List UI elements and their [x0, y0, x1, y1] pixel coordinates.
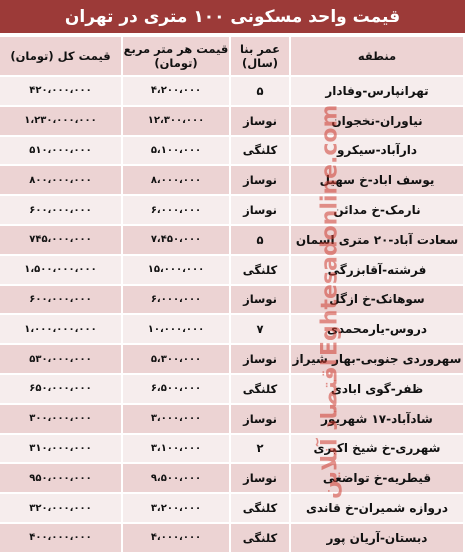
cell-total-price: ۷۴۵،۰۰۰،۰۰۰	[0, 225, 122, 255]
cell-price-per-meter: ۱۵،۰۰۰،۰۰۰	[122, 255, 230, 285]
cell-age: ۷	[230, 314, 290, 344]
cell-age: نوساز	[230, 195, 290, 225]
table-row: سعادت آباد-۲۰ متری اسمان۵۷،۴۵۰،۰۰۰۷۴۵،۰۰…	[0, 225, 464, 255]
cell-total-price: ۶۵۰،۰۰۰،۰۰۰	[0, 374, 122, 404]
cell-age: کلنگی	[230, 493, 290, 523]
cell-age: ۵	[230, 76, 290, 106]
cell-region: شهرری-خ شیخ اکبری	[290, 434, 464, 464]
table-row: دروس-یارمحمدی۷۱۰،۰۰۰،۰۰۰۱،۰۰۰،۰۰۰،۰۰۰	[0, 314, 464, 344]
cell-total-price: ۳۱۰،۰۰۰،۰۰۰	[0, 434, 122, 464]
cell-age: نوساز	[230, 404, 290, 434]
cell-region: نیاوران-نخجوان	[290, 106, 464, 136]
cell-total-price: ۱،۵۰۰،۰۰۰،۰۰۰	[0, 255, 122, 285]
header-row: منطقه عمر بنا (سال) قیمت هر متر مربع (تو…	[0, 36, 464, 76]
table-row: قیطریه-خ تواضعینوساز۹،۵۰۰،۰۰۰۹۵۰،۰۰۰،۰۰۰	[0, 463, 464, 493]
cell-price-per-meter: ۸،۰۰۰،۰۰۰	[122, 165, 230, 195]
cell-price-per-meter: ۴،۰۰۰،۰۰۰	[122, 523, 230, 553]
cell-price-per-meter: ۵،۳۰۰،۰۰۰	[122, 344, 230, 374]
table-row: دارآباد-سیکروکلنگی۵،۱۰۰،۰۰۰۵۱۰،۰۰۰،۰۰۰	[0, 136, 464, 166]
cell-price-per-meter: ۵،۱۰۰،۰۰۰	[122, 136, 230, 166]
table-title: قیمت واحد مسکونی ۱۰۰ متری در تهران	[0, 0, 465, 35]
table-row: ظفر-گوی ابادیکلنگی۶،۵۰۰،۰۰۰۶۵۰،۰۰۰،۰۰۰	[0, 374, 464, 404]
cell-region: دروازه شمیران-خ قاندی	[290, 493, 464, 523]
header-total-price: قیمت کل (تومان)	[0, 36, 122, 76]
cell-total-price: ۴۰۰،۰۰۰،۰۰۰	[0, 523, 122, 553]
cell-total-price: ۶۰۰،۰۰۰،۰۰۰	[0, 195, 122, 225]
cell-region: فرشته-آقابزرگی	[290, 255, 464, 285]
cell-region: سعادت آباد-۲۰ متری اسمان	[290, 225, 464, 255]
cell-region: ظفر-گوی ابادی	[290, 374, 464, 404]
table-row: فرشته-آقابزرگیکلنگی۱۵،۰۰۰،۰۰۰۱،۵۰۰،۰۰۰،۰…	[0, 255, 464, 285]
cell-region: سهروردی جنوبی-بهار شیراز	[290, 344, 464, 374]
table-row: سوهانک-خ ازگلنوساز۶،۰۰۰،۰۰۰۶۰۰،۰۰۰،۰۰۰	[0, 285, 464, 315]
table-row: دبستان-آریان پورکلنگی۴،۰۰۰،۰۰۰۴۰۰،۰۰۰،۰۰…	[0, 523, 464, 553]
cell-price-per-meter: ۱۰،۰۰۰،۰۰۰	[122, 314, 230, 344]
cell-region: سوهانک-خ ازگل	[290, 285, 464, 315]
cell-region: قیطریه-خ تواضعی	[290, 463, 464, 493]
cell-total-price: ۵۱۰،۰۰۰،۰۰۰	[0, 136, 122, 166]
cell-total-price: ۶۰۰،۰۰۰،۰۰۰	[0, 285, 122, 315]
cell-price-per-meter: ۶،۰۰۰،۰۰۰	[122, 195, 230, 225]
cell-region: تهرانپارس-وفادار	[290, 76, 464, 106]
table-row: شادآباد-۱۷ شهریورنوساز۳،۰۰۰،۰۰۰۳۰۰،۰۰۰،۰…	[0, 404, 464, 434]
cell-age: کلنگی	[230, 523, 290, 553]
table-row: سهروردی جنوبی-بهار شیرازنوساز۵،۳۰۰،۰۰۰۵۳…	[0, 344, 464, 374]
cell-region: دبستان-آریان پور	[290, 523, 464, 553]
table-row: نارمک-خ مدائننوساز۶،۰۰۰،۰۰۰۶۰۰،۰۰۰،۰۰۰	[0, 195, 464, 225]
cell-age: نوساز	[230, 165, 290, 195]
cell-price-per-meter: ۱۲،۳۰۰،۰۰۰	[122, 106, 230, 136]
table-row: دروازه شمیران-خ قاندیکلنگی۳،۲۰۰،۰۰۰۳۲۰،۰…	[0, 493, 464, 523]
cell-price-per-meter: ۶،۵۰۰،۰۰۰	[122, 374, 230, 404]
cell-total-price: ۴۲۰،۰۰۰،۰۰۰	[0, 76, 122, 106]
cell-total-price: ۵۳۰،۰۰۰،۰۰۰	[0, 344, 122, 374]
cell-total-price: ۱،۲۳۰،۰۰۰،۰۰۰	[0, 106, 122, 136]
cell-region: یوسف اباد-خ سهیل	[290, 165, 464, 195]
cell-age: کلنگی	[230, 136, 290, 166]
cell-total-price: ۳۰۰،۰۰۰،۰۰۰	[0, 404, 122, 434]
cell-price-per-meter: ۳،۰۰۰،۰۰۰	[122, 404, 230, 434]
cell-region: نارمک-خ مدائن	[290, 195, 464, 225]
cell-total-price: ۳۲۰،۰۰۰،۰۰۰	[0, 493, 122, 523]
cell-age: نوساز	[230, 285, 290, 315]
price-table: منطقه عمر بنا (سال) قیمت هر متر مربع (تو…	[0, 35, 465, 554]
cell-price-per-meter: ۹،۵۰۰،۰۰۰	[122, 463, 230, 493]
header-region: منطقه	[290, 36, 464, 76]
table-row: شهرری-خ شیخ اکبری۲۳،۱۰۰،۰۰۰۳۱۰،۰۰۰،۰۰۰	[0, 434, 464, 464]
cell-age: ۵	[230, 225, 290, 255]
header-price-per-meter: قیمت هر متر مربع (تومان)	[122, 36, 230, 76]
cell-age: کلنگی	[230, 255, 290, 285]
table-row: نیاوران-نخجواننوساز۱۲،۳۰۰،۰۰۰۱،۲۳۰،۰۰۰،۰…	[0, 106, 464, 136]
cell-total-price: ۸۰۰،۰۰۰،۰۰۰	[0, 165, 122, 195]
cell-region: شادآباد-۱۷ شهریور	[290, 404, 464, 434]
cell-age: ۲	[230, 434, 290, 464]
cell-price-per-meter: ۶،۰۰۰،۰۰۰	[122, 285, 230, 315]
cell-price-per-meter: ۳،۲۰۰،۰۰۰	[122, 493, 230, 523]
cell-region: دارآباد-سیکرو	[290, 136, 464, 166]
cell-total-price: ۹۵۰،۰۰۰،۰۰۰	[0, 463, 122, 493]
cell-region: دروس-یارمحمدی	[290, 314, 464, 344]
cell-price-per-meter: ۴،۲۰۰،۰۰۰	[122, 76, 230, 106]
table-row: تهرانپارس-وفادار۵۴،۲۰۰،۰۰۰۴۲۰،۰۰۰،۰۰۰	[0, 76, 464, 106]
cell-age: نوساز	[230, 344, 290, 374]
cell-price-per-meter: ۷،۴۵۰،۰۰۰	[122, 225, 230, 255]
cell-age: کلنگی	[230, 374, 290, 404]
cell-total-price: ۱،۰۰۰،۰۰۰،۰۰۰	[0, 314, 122, 344]
cell-price-per-meter: ۳،۱۰۰،۰۰۰	[122, 434, 230, 464]
table-row: یوسف اباد-خ سهیلنوساز۸،۰۰۰،۰۰۰۸۰۰،۰۰۰،۰۰…	[0, 165, 464, 195]
cell-age: نوساز	[230, 463, 290, 493]
cell-age: نوساز	[230, 106, 290, 136]
header-age: عمر بنا (سال)	[230, 36, 290, 76]
